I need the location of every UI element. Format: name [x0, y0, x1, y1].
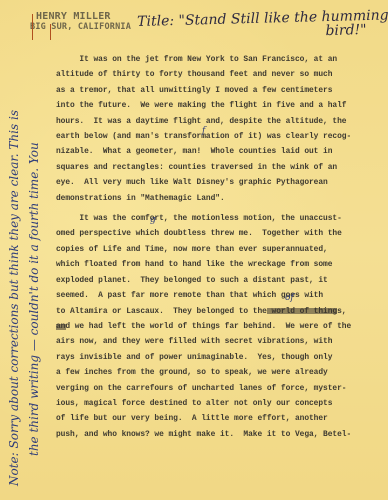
- typewritten-body: It was on the jet from New York to San F…: [56, 52, 382, 444]
- paragraph-1: It was on the jet from New York to San F…: [56, 52, 382, 206]
- text-line: exploded planet. They belonged to such a…: [56, 273, 382, 288]
- margin-note-line-1: Note: Sorry about corrections but think …: [4, 0, 24, 500]
- text-line: into the future. We were making the flig…: [56, 98, 382, 113]
- letterhead-location: BIG SUR, CALIFORNIA: [30, 22, 131, 32]
- text-line: It was the comfort, the motionless motio…: [56, 211, 382, 226]
- text-line: earth below (and man's transformation of…: [56, 129, 382, 144]
- stamp-mark: [50, 24, 51, 40]
- text-line: It was on the jet from New York to San F…: [56, 52, 382, 67]
- text-line: copies of Life and Time, now more than e…: [56, 242, 382, 257]
- correction-mark: f: [202, 126, 205, 136]
- text-line: of life but our very being. A little mor…: [56, 411, 382, 426]
- text-line: and we had left the world of things far …: [56, 319, 382, 334]
- strikethrough: [56, 324, 66, 330]
- handwritten-title: Title: "Stand Still like the humming bir…: [137, 8, 388, 43]
- text-line: altitude of thirty to forty thousand fee…: [56, 67, 382, 82]
- margin-note-line-2: the third writing — couldn't do it a fou…: [24, 0, 44, 500]
- text-line: verging on the carrefours of uncharted l…: [56, 381, 382, 396]
- text-line: a few inches from the ground, so to spea…: [56, 365, 382, 380]
- text-line: nizable. What a geometer, man! Whole cou…: [56, 144, 382, 159]
- letterhead-name: HENRY MILLER: [30, 12, 131, 22]
- text-line: which floated from hand to hand like the…: [56, 257, 382, 272]
- correction-mark: of: [285, 293, 294, 303]
- text-line: squares and rectangles: counties travers…: [56, 160, 382, 175]
- text-line: push, and who knows? we might make it. M…: [56, 427, 382, 442]
- text-line: eye. All very much like Walt Disney's gr…: [56, 175, 382, 190]
- text-line: seemed. A past far more remote than that…: [56, 288, 382, 303]
- correction-mark: g: [150, 215, 156, 225]
- text-line: ious, magical force destined to alter no…: [56, 396, 382, 411]
- text-line: omed perspective which doubtless threw m…: [56, 226, 382, 241]
- text-line: hours. It was a daytime flight and, desp…: [56, 114, 382, 129]
- text-line: rays invisible and of power unimaginable…: [56, 350, 382, 365]
- text-line: demonstrations in "Mathemagic Land".: [56, 191, 382, 206]
- text-line: airs now, and they were filled with secr…: [56, 334, 382, 349]
- strikethrough: [267, 308, 337, 314]
- margin-handwritten-note: Note: Sorry about corrections but think …: [4, 0, 44, 500]
- paragraph-2: It was the comfort, the motionless motio…: [56, 211, 382, 442]
- text-line: as a tremor, that all unwittingly I move…: [56, 83, 382, 98]
- letterhead-stamp: HENRY MILLER BIG SUR, CALIFORNIA: [30, 12, 131, 32]
